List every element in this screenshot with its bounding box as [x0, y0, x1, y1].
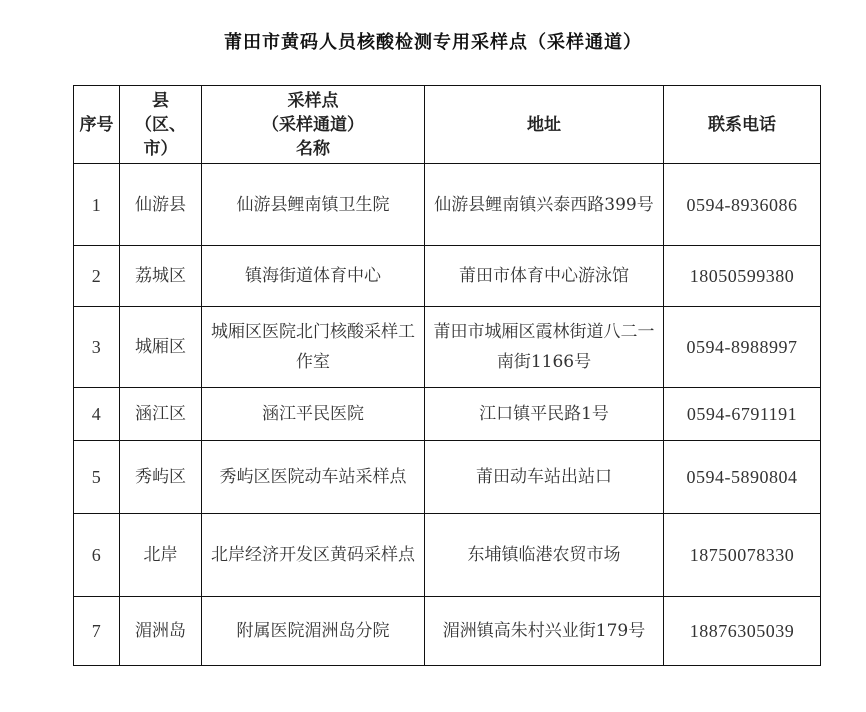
- header-county: 县 （区、 市）: [120, 86, 202, 164]
- row-address: 东埔镇临港农贸市场: [425, 514, 664, 597]
- header-county-line3: 市）: [122, 137, 199, 161]
- row-phone: 0594-6791191: [664, 388, 821, 441]
- row-index: 3: [74, 307, 120, 388]
- header-site-line1: 采样点: [204, 89, 422, 113]
- header-county-line2: （区、: [122, 113, 199, 137]
- row-index: 1: [74, 164, 120, 246]
- row-phone: 18876305039: [664, 597, 821, 666]
- row-address: 仙游县鲤南镇兴泰西路399号: [425, 164, 664, 246]
- row-county: 涵江区: [120, 388, 202, 441]
- row-address: 江口镇平民路1号: [425, 388, 664, 441]
- row-phone: 18050599380: [664, 246, 821, 307]
- table-row: 5 秀屿区 秀屿区医院动车站采样点 莆田动车站出站口 0594-5890804: [74, 441, 821, 514]
- row-phone: 0594-5890804: [664, 441, 821, 514]
- row-index: 6: [74, 514, 120, 597]
- header-address: 地址: [425, 86, 664, 164]
- row-index: 2: [74, 246, 120, 307]
- header-index: 序号: [74, 86, 120, 164]
- row-county: 湄洲岛: [120, 597, 202, 666]
- row-index: 5: [74, 441, 120, 514]
- row-site: 镇海街道体育中心: [202, 246, 425, 307]
- row-address: 莆田动车站出站口: [425, 441, 664, 514]
- table-row: 3 城厢区 城厢区医院北门核酸采样工作室 莆田市城厢区霞林街道八二一南街1166…: [74, 307, 821, 388]
- row-county: 秀屿区: [120, 441, 202, 514]
- row-site: 附属医院湄洲岛分院: [202, 597, 425, 666]
- row-site: 城厢区医院北门核酸采样工作室: [202, 307, 425, 388]
- table-row: 7 湄洲岛 附属医院湄洲岛分院 湄洲镇高朱村兴业街179号 1887630503…: [74, 597, 821, 666]
- header-phone: 联系电话: [664, 86, 821, 164]
- row-county: 仙游县: [120, 164, 202, 246]
- row-county: 城厢区: [120, 307, 202, 388]
- table-row: 4 涵江区 涵江平民医院 江口镇平民路1号 0594-6791191: [74, 388, 821, 441]
- row-phone: 0594-8988997: [664, 307, 821, 388]
- row-address: 莆田市城厢区霞林街道八二一南街1166号: [425, 307, 664, 388]
- sampling-sites-table: 序号 县 （区、 市） 采样点 （采样通道） 名称 地址 联系电话 1 仙游县 …: [73, 85, 821, 666]
- row-index: 4: [74, 388, 120, 441]
- row-county: 荔城区: [120, 246, 202, 307]
- header-site-line2: （采样通道）: [204, 113, 422, 137]
- table-row: 6 北岸 北岸经济开发区黄码采样点 东埔镇临港农贸市场 18750078330: [74, 514, 821, 597]
- row-site: 秀屿区医院动车站采样点: [202, 441, 425, 514]
- row-address: 湄洲镇高朱村兴业街179号: [425, 597, 664, 666]
- row-index: 7: [74, 597, 120, 666]
- row-site: 北岸经济开发区黄码采样点: [202, 514, 425, 597]
- document-title: 莆田市黄码人员核酸检测专用采样点（采样通道）: [0, 28, 866, 54]
- table-row: 2 荔城区 镇海街道体育中心 莆田市体育中心游泳馆 18050599380: [74, 246, 821, 307]
- header-row: 序号 县 （区、 市） 采样点 （采样通道） 名称 地址 联系电话: [74, 86, 821, 164]
- header-site: 采样点 （采样通道） 名称: [202, 86, 425, 164]
- header-site-line3: 名称: [204, 137, 422, 161]
- row-site: 涵江平民医院: [202, 388, 425, 441]
- row-county: 北岸: [120, 514, 202, 597]
- row-address: 莆田市体育中心游泳馆: [425, 246, 664, 307]
- table-row: 1 仙游县 仙游县鲤南镇卫生院 仙游县鲤南镇兴泰西路399号 0594-8936…: [74, 164, 821, 246]
- row-phone: 18750078330: [664, 514, 821, 597]
- row-phone: 0594-8936086: [664, 164, 821, 246]
- row-site: 仙游县鲤南镇卫生院: [202, 164, 425, 246]
- header-county-line1: 县: [122, 89, 199, 113]
